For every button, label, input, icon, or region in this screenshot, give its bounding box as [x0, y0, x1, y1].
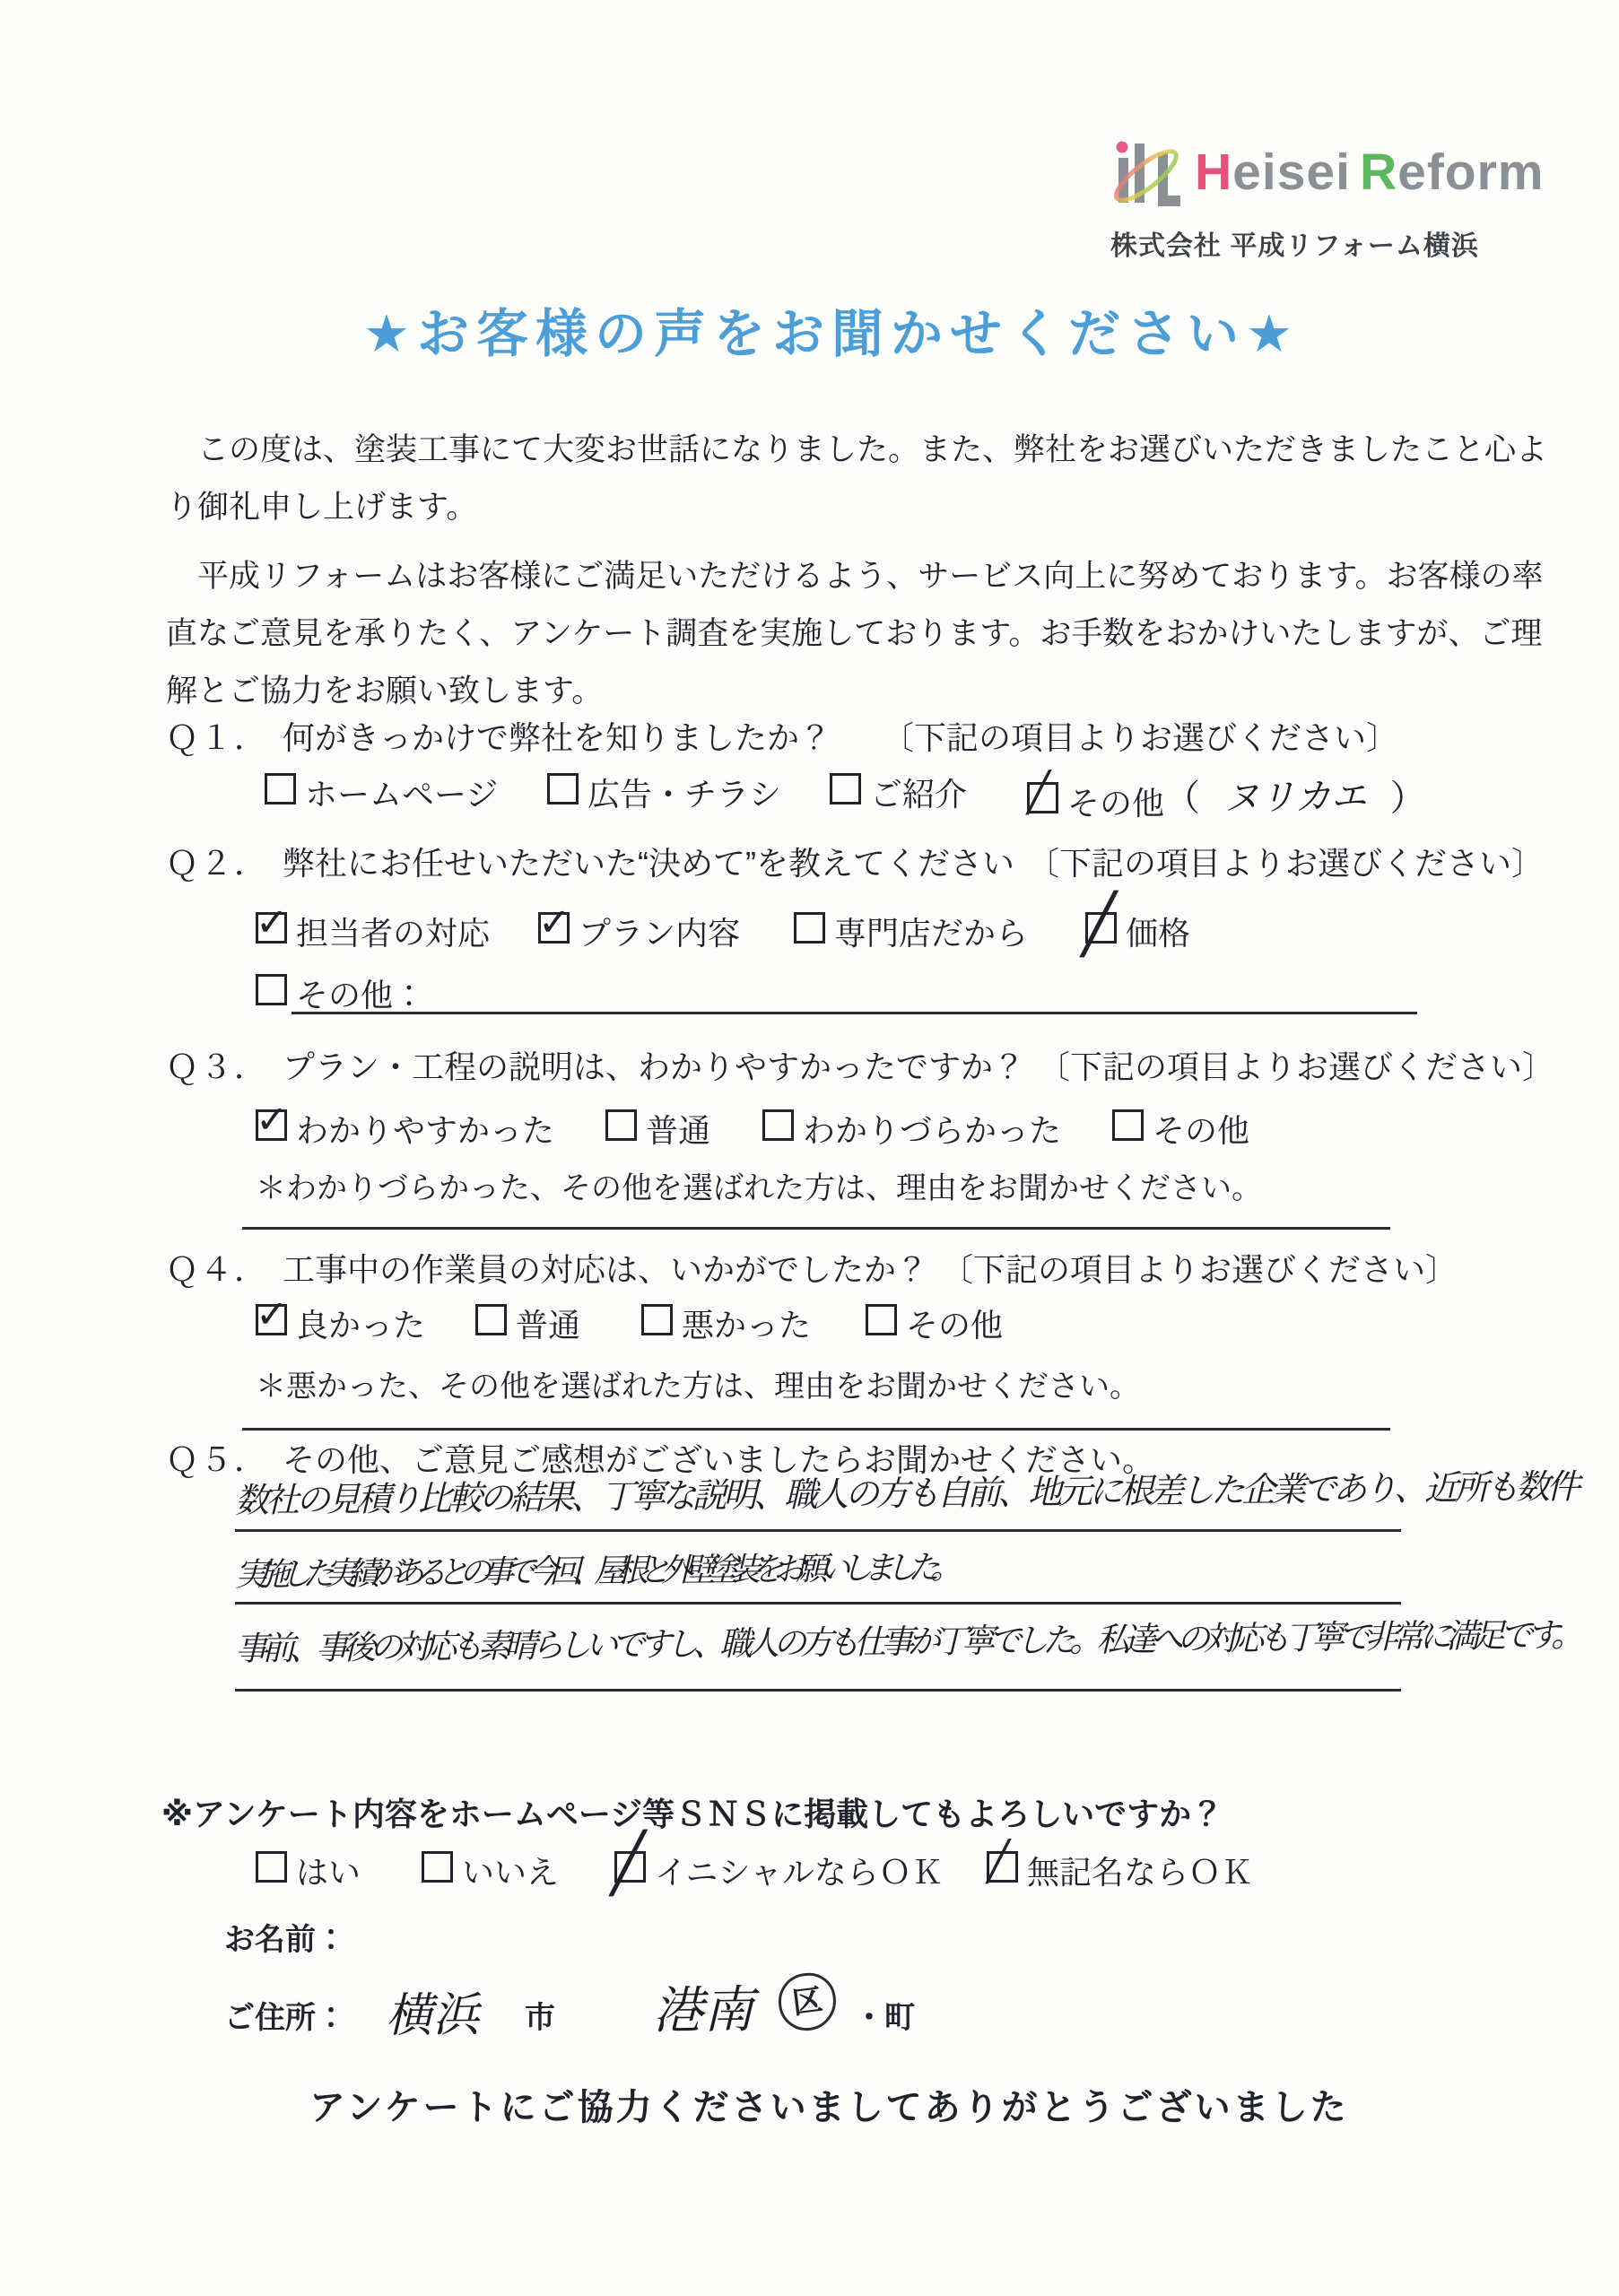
checkbox[interactable]: [265, 773, 296, 804]
sns-option-no[interactable]: いいえ: [422, 1848, 559, 1893]
q2-option-other[interactable]: その他：: [256, 970, 425, 1016]
option-label: プラン内容: [579, 915, 740, 952]
q5-handwritten-answer-line2: 実施した実績があるとの事で今回、屋根と外壁塗装をお願いしました。: [235, 1543, 953, 1596]
checkbox[interactable]: ╱: [614, 1851, 646, 1883]
check-mark: ✓: [256, 1296, 288, 1335]
sns-option-anonymous-ok[interactable]: ╱無記名ならＯＫ: [987, 1848, 1253, 1893]
page-title: ★お客様の声をお聞かせください★: [363, 291, 1300, 367]
brand-eform: eform: [1397, 143, 1544, 201]
other-paren-close: ）: [1390, 778, 1426, 818]
option-label: 良かった: [296, 1307, 425, 1344]
checkbox[interactable]: [256, 974, 287, 1005]
option-label: 専門店だから: [834, 915, 1028, 952]
q1-question: Ｑ１．何がきっかけで弊社を知りましたか？〔下記の項目よりお選びください〕: [166, 713, 1398, 759]
checkbox[interactable]: [605, 1109, 637, 1141]
q3-options-row: ✓わかりやすかった 普通 わかりづらかった その他: [0, 1106, 1619, 1154]
checkbox[interactable]: [866, 1304, 897, 1335]
option-label: 無記名ならＯＫ: [1027, 1854, 1253, 1891]
checkbox[interactable]: ╱: [1085, 912, 1117, 944]
intro-paragraph-1: この度は、塗装工事にて大変お世話になりました。また、弊社をお選びいただきましたこ…: [166, 422, 1552, 535]
address-ward-unit: 区: [775, 1970, 839, 2033]
check-mark: ╱: [611, 1834, 646, 1892]
q5-handwritten-answer-line3: 事前、事後の対応も素晴らしいですし、職人の方も仕事が丁寧でした。私達への対応も丁…: [235, 1607, 1579, 1670]
option-label: ホームページ: [305, 776, 498, 813]
q1-option-ad-flyer[interactable]: 広告・チラシ: [547, 770, 781, 815]
address-ward-circled: 区: [779, 1973, 836, 2031]
q3-option-other[interactable]: その他: [1112, 1106, 1249, 1152]
q4-text: 工事中の作業員の対応は、いかがでしたか？: [283, 1251, 928, 1288]
check-mark: ✓: [256, 904, 288, 943]
sns-option-yes[interactable]: はい: [256, 1848, 361, 1893]
q3-answer-line: [242, 1227, 1390, 1230]
q4-option-bad[interactable]: 悪かった: [641, 1300, 811, 1346]
check-mark: ╱: [1082, 895, 1117, 952]
option-label: イニシャルならＯＫ: [655, 1854, 944, 1891]
check-mark: ╱: [987, 1843, 1010, 1882]
q1-hint: 〔下記の項目よりお選びください〕: [882, 719, 1398, 756]
q3-option-normal[interactable]: 普通: [605, 1106, 710, 1152]
q2-option-plan-content[interactable]: ✓プラン内容: [538, 909, 740, 954]
checkbox[interactable]: [256, 1851, 287, 1883]
sns-options-row: はい いいえ ╱イニシャルならＯＫ ╱無記名ならＯＫ: [0, 1848, 1619, 1896]
q4-option-other[interactable]: その他: [866, 1300, 1003, 1346]
q3-question: Ｑ３．プラン・工程の説明は、わかりやすかったですか？〔下記の項目よりお選びくださ…: [166, 1042, 1554, 1088]
address-ward-handwritten: 港南: [653, 1970, 754, 2043]
name-label: お名前：: [224, 1915, 346, 1959]
q1-options-row: ホームページ 広告・チラシ ご紹介 ╱その他（ヌリカエ）: [0, 770, 1619, 818]
option-label: 普通: [516, 1307, 580, 1344]
q4-question: Ｑ４．工事中の作業員の対応は、いかがでしたか？〔下記の項目よりお選びください〕: [166, 1245, 1458, 1291]
q1-other-handwritten-value: ヌリカエ: [1223, 768, 1367, 821]
q2-question: Ｑ２．弊社にお任せいただいた“決めて”を教えてください〔下記の項目よりお選びくだ…: [166, 839, 1544, 884]
sns-option-initials-ok[interactable]: ╱イニシャルならＯＫ: [614, 1848, 944, 1893]
option-label: いいえ: [462, 1854, 559, 1891]
q4-options-row: ✓良かった 普通 悪かった その他: [0, 1300, 1619, 1349]
checkbox[interactable]: [1112, 1109, 1144, 1141]
option-label: その他: [1067, 785, 1164, 822]
checkbox[interactable]: ✓: [256, 1304, 287, 1335]
sns-permission-question: ※アンケート内容をホームページ等ＳＮＳに掲載してもよろしいですか？: [161, 1789, 1223, 1835]
checkbox[interactable]: ╱: [987, 1851, 1018, 1883]
intro-paragraph-2: 平成リフォームはお客様にご満足いただけるよう、サービス向上に努めております。お客…: [166, 548, 1552, 719]
company-name: 株式会社 平成リフォーム横浜: [1110, 223, 1487, 263]
checkbox[interactable]: [830, 773, 861, 804]
checkbox[interactable]: ✓: [256, 1109, 287, 1141]
survey-scan-page: HeiseiReform 株式会社 平成リフォーム横浜 ★お客様の声をお聞かせく…: [0, 0, 1619, 2296]
q2-option-specialty-store[interactable]: 専門店だから: [794, 909, 1028, 954]
checkbox[interactable]: [794, 912, 825, 944]
checkbox[interactable]: [547, 773, 579, 804]
q3-option-easy-to-understand[interactable]: ✓わかりやすかった: [256, 1106, 554, 1152]
q1-text: 何がきっかけで弊社を知りましたか？: [283, 719, 831, 756]
q2-hint: 〔下記の項目よりお選びください〕: [1027, 845, 1544, 882]
q2-option-price[interactable]: ╱価格: [1085, 909, 1190, 954]
company-logo: HeiseiReform 株式会社 平成リフォーム横浜: [1110, 136, 1487, 263]
checkbox[interactable]: [475, 1304, 507, 1335]
brand-letter-h: H: [1195, 143, 1232, 201]
option-label: 担当者の対応: [296, 915, 490, 952]
address-city-handwritten: 横浜: [386, 1977, 480, 2045]
brand-eisei: eisei: [1232, 143, 1351, 201]
q4-option-normal[interactable]: 普通: [475, 1300, 580, 1346]
q4-id: Ｑ４．: [166, 1251, 268, 1288]
q4-option-good[interactable]: ✓良かった: [256, 1300, 425, 1346]
q5-answer-line-2: [235, 1602, 1401, 1605]
check-mark: ✓: [538, 904, 570, 943]
brand-letter-r: R: [1360, 143, 1397, 201]
q4-answer-line: [242, 1428, 1390, 1431]
checkbox[interactable]: [762, 1109, 794, 1141]
q1-id: Ｑ１．: [166, 719, 268, 756]
option-label: 普通: [646, 1112, 710, 1149]
address-town-unit: ・町: [854, 1993, 915, 2037]
checkbox[interactable]: ✓: [538, 912, 570, 944]
checkbox[interactable]: [422, 1851, 453, 1883]
q4-note: ＊悪かった、その他を選ばれた方は、理由をお聞かせください。: [256, 1361, 1140, 1405]
q3-note: ＊わかりづらかった、その他を選ばれた方は、理由をお聞かせください。: [256, 1163, 1262, 1207]
q3-hint: 〔下記の項目よりお選びください〕: [1038, 1048, 1554, 1085]
other-paren-open: （: [1164, 778, 1200, 818]
heisei-reform-logo-icon: [1110, 136, 1182, 218]
check-mark: ✓: [256, 1101, 288, 1140]
address-city-unit: 市: [525, 1993, 555, 2037]
q3-id: Ｑ３．: [166, 1048, 268, 1085]
brand-wordmark: HeiseiReform: [1195, 136, 1545, 208]
checkbox[interactable]: ╱: [1027, 782, 1058, 813]
q5-answer-line-1: [235, 1529, 1401, 1532]
q2-text: 弊社にお任せいただいた“決めて”を教えてください: [283, 845, 1014, 882]
option-label: わかりやすかった: [296, 1112, 554, 1149]
option-label: 悪かった: [682, 1307, 811, 1344]
intro-paragraphs: この度は、塗装工事にて大変お世話になりました。また、弊社をお選びいただきましたこ…: [166, 422, 1552, 732]
option-label: その他：: [296, 977, 425, 1013]
address-label: ご住所：: [224, 1993, 346, 2037]
q2-options-row: ✓担当者の対応 ✓プラン内容 専門店だから ╱価格: [0, 909, 1619, 957]
checkbox[interactable]: ✓: [256, 912, 287, 944]
option-label: 価格: [1126, 915, 1190, 952]
option-label: はい: [296, 1854, 361, 1891]
option-label: 広告・チラシ: [588, 776, 781, 813]
q1-option-homepage[interactable]: ホームページ: [265, 770, 498, 815]
q1-option-referral[interactable]: ご紹介: [830, 770, 967, 815]
option-label: ご紹介: [870, 776, 967, 813]
option-label: その他: [1153, 1112, 1249, 1149]
q2-other-answer-line: [292, 1012, 1417, 1014]
option-label: その他: [906, 1307, 1003, 1344]
checkbox[interactable]: [641, 1304, 673, 1335]
q3-text: プラン・工程の説明は、わかりやすかったですか？: [283, 1048, 1025, 1085]
q2-option-staff-response[interactable]: ✓担当者の対応: [256, 909, 490, 954]
q5-answer-line-3: [235, 1689, 1401, 1692]
q3-option-hard-to-understand[interactable]: わかりづらかった: [762, 1106, 1061, 1152]
option-label: わかりづらかった: [803, 1112, 1061, 1149]
check-mark: ╱: [1027, 774, 1050, 813]
q2-id: Ｑ２．: [166, 845, 268, 882]
q4-hint: 〔下記の項目よりお選びください〕: [941, 1251, 1458, 1288]
thanks-message: アンケートにご協力くださいましてありがとうございました: [309, 2079, 1349, 2130]
q1-option-other[interactable]: ╱その他（ヌリカエ）: [1027, 770, 1426, 824]
